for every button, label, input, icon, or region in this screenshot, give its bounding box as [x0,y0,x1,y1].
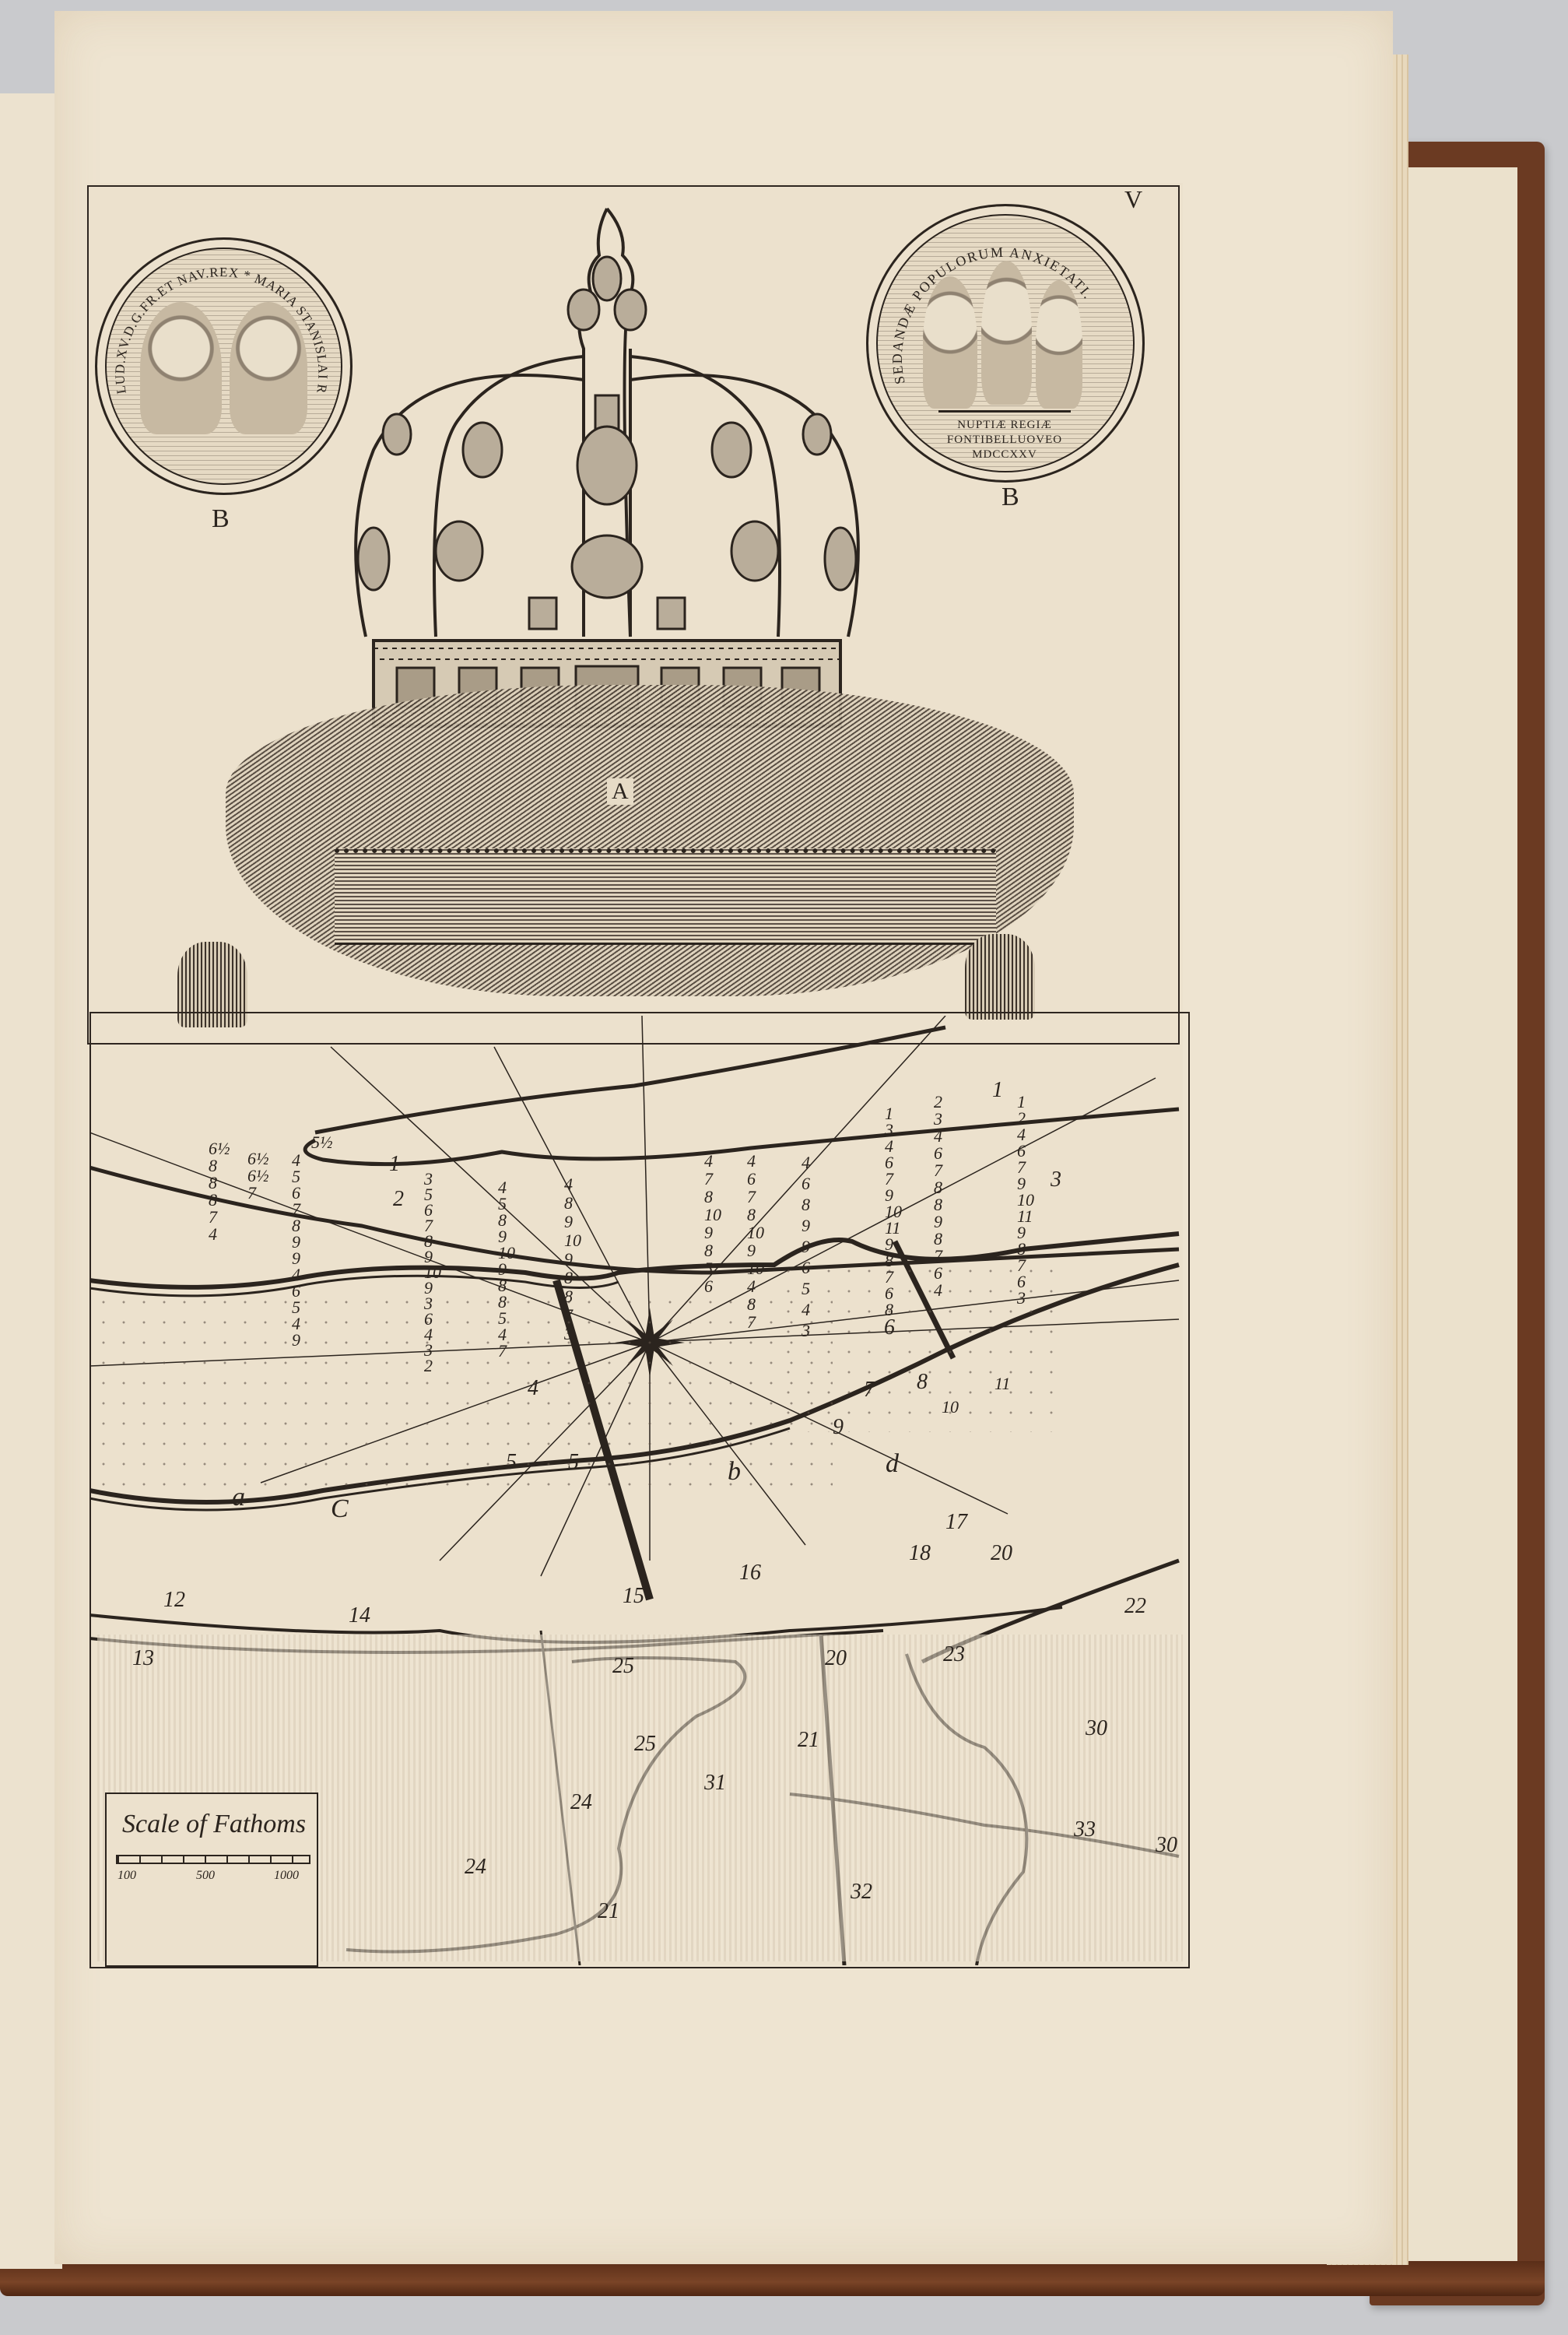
channel-label-1-east: 1 [992,1078,1003,1103]
tassel-right-icon [965,934,1035,1020]
sounding: 6½ [247,1167,271,1185]
sounding: 9 [292,1332,315,1348]
feature-16: 16 [739,1561,761,1585]
sounding: 10 [564,1231,588,1250]
feature-5-east: 5 [568,1450,579,1475]
sounding-column-1b: 6½ 6½ 7 [247,1150,271,1202]
sounding: 9 [934,1213,957,1231]
sounding: 6 [934,1265,957,1282]
sounding: 8 [934,1196,957,1213]
sounding: 5 [498,1310,521,1326]
sounding: 9 [292,1250,315,1266]
sounding: 2 [934,1094,957,1111]
feature-25-south: 25 [634,1732,656,1757]
feature-20-north: 20 [991,1541,1012,1566]
king-figure-icon [1036,280,1082,409]
sounding: 3 [1017,1290,1040,1306]
scale-tick-100: 100 [118,1869,136,1883]
sounding: 9 [292,1234,315,1250]
sounding: 3 [885,1122,908,1138]
sounding: 3 [934,1111,957,1128]
feature-32: 32 [851,1880,872,1905]
sounding-column-2: 4 5 6 7 8 9 9 4 6 5 4 9 [292,1152,315,1348]
sounding: 9 [1017,1175,1040,1192]
feature-30-east: 30 [1156,1833,1177,1858]
sounding: 8 [934,1231,957,1248]
sounding: 7 [247,1185,271,1202]
sounding: 7 [1017,1257,1040,1273]
sounding: 5 [292,1299,315,1315]
sounding: 6 [802,1173,825,1194]
sounding: 10 [1017,1192,1040,1208]
sounding: 5 [498,1196,521,1212]
sounding: 11 [1017,1208,1040,1224]
sandbank-area [93,1292,833,1487]
exergue-line-1: NUPTIÆ REGIÆ [938,418,1071,433]
sounding: 8 [704,1188,728,1206]
king-portrait-icon [140,302,222,434]
sounding: 6½ [209,1140,232,1157]
sounding: 4 [498,1179,521,1196]
sounding: 8 [747,1206,774,1224]
sounding-column-6: 4 7 8 10 9 8 5 6 [704,1152,728,1295]
sounding-column-7: 4 6 7 8 10 9 10 4 8 7 [747,1152,774,1331]
sounding: 1 [885,1105,908,1122]
sounding: 7 [885,1269,908,1285]
sounding: 6 [885,1285,908,1301]
sounding-column-1: 6½ 8 8 8 7 4 [209,1140,232,1243]
feature-12: 12 [163,1588,185,1613]
sounding: 4 [934,1282,957,1299]
medal-louis-xv-marie-leszczynska: LUD.XV.D.G.FR.ET NAV.REX * MARIA STANISL… [95,237,353,495]
sounding: 6 [1017,1273,1040,1290]
sounding-column-3: 3 5 6 7 8 9 10 9 3 6 4 3 2 [424,1171,447,1374]
feature-4: 4 [528,1376,538,1401]
sounding: 8 [292,1217,315,1234]
book-binding-bottom [0,2261,1545,2296]
feature-11: 11 [994,1374,1010,1394]
feature-20-south: 20 [825,1646,847,1671]
sounding: 7 [747,1188,774,1206]
feature-5-west: 5 [506,1450,517,1475]
sounding: 6 [1017,1143,1040,1159]
sounding: 5 [802,1278,825,1299]
feature-6: 6 [884,1315,895,1340]
scale-tick-500: 500 [196,1869,215,1883]
sounding: 4 [292,1315,315,1332]
exergue-line-3: MDCCXXV [938,448,1071,462]
feature-14: 14 [349,1603,370,1628]
sounding: 8 [802,1194,825,1215]
sounding: 10 [498,1245,521,1261]
sounding: 8 [1017,1241,1040,1257]
sounding-column-5: 4 8 9 10 9 8 8 7 3 [564,1175,588,1343]
sounding: 10 9 [747,1224,774,1259]
sounding: 5 [704,1259,728,1277]
sounding-column-4: 4 5 8 9 10 9 8 8 5 4 7 [498,1179,521,1359]
crown-label: A [607,778,633,805]
medal-exergue: NUPTIÆ REGIÆ FONTIBELLUOVEO MDCCXXV [938,418,1071,462]
sounding: 6 [704,1277,728,1295]
sounding: 6 [802,1257,825,1278]
sounding: 6 [934,1145,957,1162]
sounding: 8 [564,1194,588,1213]
sounding: 7 [1017,1159,1040,1175]
sounding: 1 [1017,1094,1040,1110]
feature-21-east: 21 [798,1728,819,1753]
zone-letter-b: b [728,1457,741,1487]
channel-label-2: 2 [393,1187,404,1212]
feature-31: 31 [704,1771,726,1796]
sounding: 9 [885,1187,908,1203]
sounding: 8 [498,1212,521,1228]
sounding: 6½ [247,1150,271,1167]
scale-of-fathoms: Scale of Fathoms 100 500 1000 [105,1793,318,1967]
cushion-embroidered-band [335,848,996,945]
sounding: 7 [704,1170,728,1188]
sounding: 10 [747,1259,774,1277]
feature-22: 22 [1124,1594,1146,1619]
sounding: 7 [934,1162,957,1179]
sounding: 8 [564,1269,588,1287]
sounding: 9 [564,1250,588,1269]
sounding: 8 [209,1192,232,1209]
sounding: 7 [934,1248,957,1265]
sounding: 9 [564,1213,588,1231]
sounding: 7 [885,1171,908,1187]
sounding: 4 [704,1152,728,1170]
sounding: 4 [292,1152,315,1168]
left-page-edge [0,93,62,2269]
sounding: 2 [1017,1110,1040,1126]
sounding-column-11: 1 2 4 6 7 9 10 11 9 8 7 6 3 [1017,1094,1040,1306]
sounding: 8 [498,1294,521,1310]
exergue-line [938,410,1071,413]
sounding: 8 [747,1295,774,1313]
sounding: 7 [209,1209,232,1226]
scale-title: Scale of Fathoms [122,1810,306,1839]
zone-letter-c: C [331,1494,349,1524]
endpaper [1393,167,1517,2269]
sounding-column-8: 4 6 8 9 9 6 5 4 3 [802,1152,825,1341]
sounding: 7 [498,1343,521,1359]
channel-label-1: 1 [389,1152,400,1177]
sounding-column-10: 2 3 4 6 7 8 8 9 8 7 6 4 [934,1094,957,1299]
medal-royal-wedding: SEDANDÆ POPULORUM ANXIETATI. NUPTIÆ REGI… [866,204,1145,483]
feature-30-north: 30 [1086,1716,1107,1741]
sounding: 8 [209,1157,232,1175]
sounding: 4 [1017,1126,1040,1143]
sounding: 4 [802,1152,825,1173]
scale-bar [116,1855,310,1864]
feature-24-north: 24 [570,1790,592,1815]
sounding: 8 [209,1175,232,1192]
feature-15: 15 [623,1584,644,1609]
sounding: 9 [498,1228,521,1245]
sounding-5-half: 5½ [311,1132,333,1153]
sounding: 6 [747,1170,774,1188]
sounding: 9 [802,1215,825,1236]
sounding: 4 [747,1277,774,1295]
sounding: 9 [704,1224,728,1241]
feature-8: 8 [917,1370,928,1395]
crown-icon [327,201,887,738]
zone-letter-d: d [886,1449,899,1479]
sounding: 9 [885,1236,908,1252]
queen-portrait-icon [230,302,307,434]
feature-18: 18 [909,1541,931,1566]
feature-23: 23 [943,1642,965,1667]
sounding: 10 [885,1203,908,1220]
sounding: 7 [292,1201,315,1217]
sounding: 3 [802,1320,825,1341]
feature-25-north: 25 [612,1654,634,1679]
sounding: 2 [424,1358,447,1374]
feature-17: 17 [945,1510,967,1535]
sounding: 8 [934,1179,957,1196]
feature-10: 10 [942,1397,959,1417]
sounding: 7 [564,1306,588,1325]
feature-33: 33 [1074,1817,1096,1842]
sounding: 4 [747,1152,774,1170]
sounding: 11 [885,1220,908,1236]
feature-21-south: 21 [598,1899,619,1924]
sounding: 8 [704,1241,728,1259]
sounding: 5 [292,1168,315,1185]
sounding: 8 [498,1277,521,1294]
sounding: 9 [802,1236,825,1257]
sounding: 4 [292,1266,315,1283]
sounding-column-9: 1 3 4 6 7 9 10 11 9 8 7 6 8 [885,1105,908,1318]
scale-tick-1000: 1000 [274,1869,299,1883]
sounding: 3 [564,1325,588,1343]
sounding: 9 [1017,1224,1040,1241]
sounding: 6 [292,1185,315,1201]
feature-24-south: 24 [465,1855,486,1880]
zone-letter-a: a [232,1483,245,1512]
feature-9: 9 [833,1415,844,1440]
sounding: 4 [802,1299,825,1320]
feature-13: 13 [132,1646,154,1671]
sounding: 6 [885,1154,908,1171]
sounding: 8 [564,1287,588,1306]
queen-figure-icon [923,276,977,409]
sounding: 8 [885,1252,908,1269]
sounding: 4 [934,1128,957,1145]
sounding: 4 [498,1326,521,1343]
bishop-figure-icon [981,261,1032,405]
sounding: 4 [885,1138,908,1154]
sounding: 4 [209,1226,232,1243]
cushion [226,685,1074,996]
sounding: 6 [292,1283,315,1299]
channel-label-3: 3 [1051,1167,1061,1192]
sounding: 10 [704,1206,728,1224]
medal-right-label: B [1001,483,1019,512]
sounding: 7 [747,1313,774,1331]
feature-7: 7 [864,1378,875,1403]
sounding: 4 [564,1175,588,1194]
exergue-line-2: FONTIBELLUOVEO [938,433,1071,448]
medal-left-label: B [212,504,230,534]
sounding: 9 [498,1261,521,1277]
